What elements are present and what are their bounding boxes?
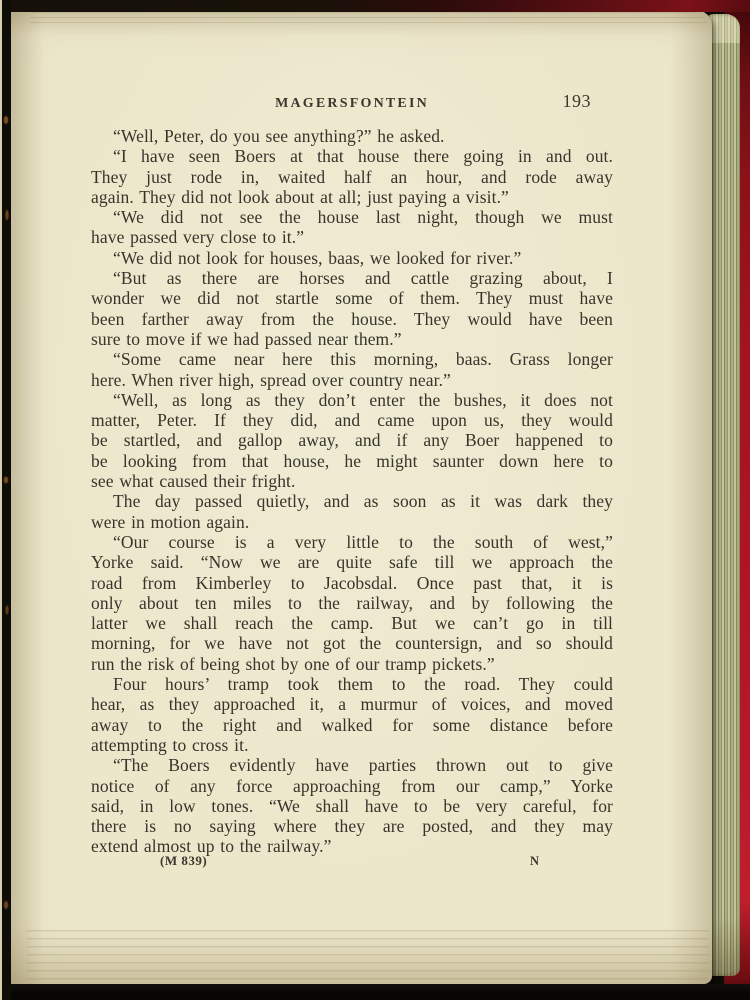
text-line: latter we shall reach the camp. But we c… [91, 613, 613, 633]
text-line: hear, as they approached it, a murmur of… [91, 694, 613, 714]
text-line: be startled, and gallop away, and if any… [91, 430, 613, 450]
text-line: see what caused their fright. [91, 471, 613, 491]
paragraph: “Well, as long as they don’t enter the b… [91, 390, 613, 491]
binding-gutter [0, 0, 11, 1000]
paragraph: “I have seen Boers at that house there g… [91, 146, 613, 207]
paragraph: “Our course is a very little to the sout… [91, 532, 613, 674]
text-line: away to the right and walked for some di… [91, 715, 613, 735]
text-line: “We did not look for houses, baas, we lo… [91, 248, 613, 268]
text-line: “Some came near here this morning, baas.… [91, 349, 613, 369]
paragraph: “We did not see the house last night, th… [91, 207, 613, 248]
printers-mark: (M 839) [160, 853, 207, 869]
text-line: They just rode in, waited half an hour, … [91, 167, 613, 187]
text-line: be looking from that house, he might sau… [91, 451, 613, 471]
text-line: road from Kimberley to Jacobsdal. Once p… [91, 573, 613, 593]
text-line: have passed very close to it.” [91, 227, 613, 247]
text-line: Yorke said. “Now we are quite safe till … [91, 552, 613, 572]
text-line: The day passed quietly, and as soon as i… [91, 491, 613, 511]
text-line: again. They did not look about at all; j… [91, 187, 613, 207]
text-line: sure to move if we had passed near them.… [91, 329, 613, 349]
signature-mark: N [530, 854, 539, 869]
text-line: “The Boers evidently have parties thrown… [91, 755, 613, 775]
text-block: “Well, Peter, do you see anything?” he a… [91, 126, 613, 857]
text-line: “I have seen Boers at that house there g… [91, 146, 613, 166]
paragraph: “We did not look for houses, baas, we lo… [91, 248, 613, 268]
text-line: there is no saying where they are posted… [91, 816, 613, 836]
chapter-title: MAGERSFONTEIN [91, 96, 613, 112]
text-line: notice of any force approaching from our… [91, 776, 613, 796]
scan-background-bottom [0, 984, 750, 1000]
running-head: MAGERSFONTEIN 193 [91, 94, 613, 118]
paragraph: “Some came near here this morning, baas.… [91, 349, 613, 390]
text-line: “Well, as long as they don’t enter the b… [91, 390, 613, 410]
text-line: were in motion again. [91, 512, 613, 532]
text-line: wonder we did not startle some of them. … [91, 288, 613, 308]
book-scan: MAGERSFONTEIN 193 “Well, Peter, do you s… [0, 0, 750, 1000]
text-line: been farther away from the house. They w… [91, 309, 613, 329]
text-line: “Our course is a very little to the sout… [91, 532, 613, 552]
text-line: Four hours’ tramp took them to the road.… [91, 674, 613, 694]
text-line: morning, for we have not got the counter… [91, 633, 613, 653]
text-line: matter, Peter. If they did, and came upo… [91, 410, 613, 430]
paragraph: Four hours’ tramp took them to the road.… [91, 674, 613, 755]
text-line: “We did not see the house last night, th… [91, 207, 613, 227]
text-line: only about ten miles to the railway, and… [91, 593, 613, 613]
text-line: said, in low tones. “We shall have to be… [91, 796, 613, 816]
page-number: 193 [563, 91, 592, 112]
paragraph: “Well, Peter, do you see anything?” he a… [91, 126, 613, 146]
binding-shadow-top [0, 0, 750, 12]
text-line: here. When river high, spread over count… [91, 370, 613, 390]
book-page: MAGERSFONTEIN 193 “Well, Peter, do you s… [10, 10, 712, 984]
paragraph: The day passed quietly, and as soon as i… [91, 491, 613, 532]
text-line: attempting to cross it. [91, 735, 613, 755]
paragraph: “But as there are horses and cattle graz… [91, 268, 613, 349]
text-line: “Well, Peter, do you see anything?” he a… [91, 126, 613, 146]
text-line: “But as there are horses and cattle graz… [91, 268, 613, 288]
paragraph: “The Boers evidently have parties thrown… [91, 755, 613, 856]
text-line: run the risk of being shot by one of our… [91, 654, 613, 674]
